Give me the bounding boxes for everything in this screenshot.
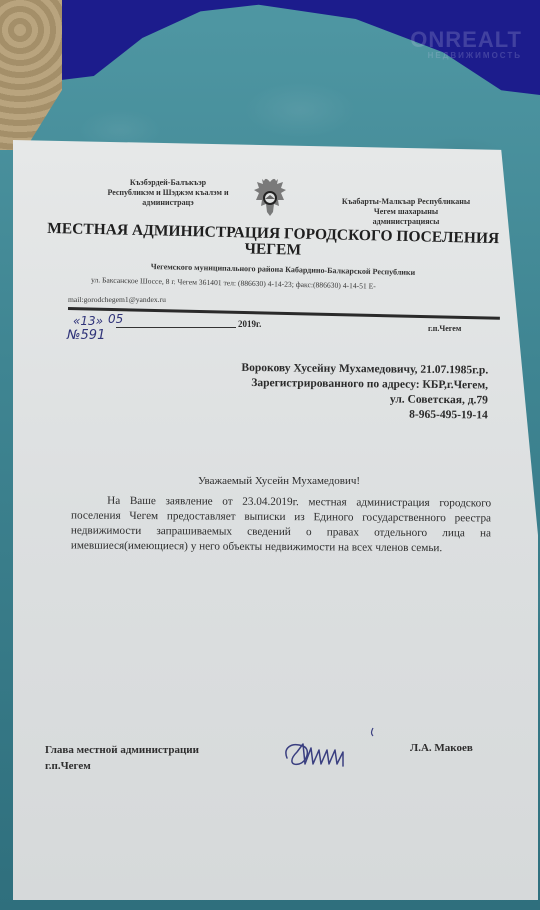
- letter-body: На Ваше заявление от 23.04.2019г. местна…: [71, 494, 491, 557]
- letterhead-left-line: Къэбэрдей-Балъкъэр: [93, 178, 243, 188]
- organization-email: mail:gorodchegem1@yandex.ru: [68, 295, 166, 304]
- handwritten-number: №591: [67, 328, 105, 343]
- watermark-title: ONREALT: [410, 27, 522, 53]
- recipient-phone: 8-965-495-19-14: [203, 406, 488, 424]
- registration-place: г.п.Чегем: [428, 324, 461, 333]
- handwritten-day: «13»: [73, 314, 103, 328]
- signatory-title: Глава местной администрации г.п.Чегем: [45, 742, 199, 774]
- watermark: ONREALT НЕДВИЖИМОСТЬ: [410, 27, 522, 60]
- salutation: Уважаемый Хусейн Мухамедович!: [198, 475, 360, 487]
- letterhead-right-line: администрациясы: [331, 217, 481, 227]
- letterhead-left-line: Республикэм и Шэджэм къалэм и: [93, 188, 243, 198]
- recipient-block: Ворокову Хусейну Мухамедовичу, 21.07.198…: [203, 361, 489, 424]
- organization-title: МЕСТНАЯ АДМИНИСТРАЦИЯ ГОРОДСКОГО ПОСЕЛЕН…: [43, 221, 504, 263]
- letterhead-right-line: Къабарты-Малкъар Республиканы: [331, 197, 481, 207]
- handwritten-signature: [281, 720, 391, 780]
- handwritten-month: 05: [108, 312, 123, 326]
- signatory-title-line: г.п.Чегем: [45, 758, 199, 774]
- coat-of-arms-eagle-icon: [253, 176, 287, 220]
- organization-address: ул. Баксанское Шоссе, 8 г. Чегем 361401 …: [91, 275, 511, 294]
- registration-year: 2019г.: [238, 319, 261, 329]
- registration-date: «13» 05 2019г. №591: [61, 314, 251, 344]
- watermark-subtitle: НЕДВИЖИМОСТЬ: [410, 51, 522, 60]
- letterhead-right: Къабарты-Малкъар Республиканы Чегем шаха…: [331, 197, 481, 227]
- date-underline: [116, 327, 236, 328]
- letterhead-left-line: администрацэ: [93, 198, 243, 208]
- letterhead-right-line: Чегем шахарыны: [331, 207, 481, 217]
- signer-name: Л.А. Макоев: [410, 742, 473, 754]
- signatory-title-line: Глава местной администрации: [45, 742, 199, 758]
- letterhead-left: Къэбэрдей-Балъкъэр Республикэм и Шэджэм …: [93, 178, 243, 208]
- recipient-name: Ворокову Хусейну Мухамедовичу, 21.07.198…: [203, 361, 488, 379]
- letter-document: Къэбэрдей-Балъкъэр Республикэм и Шэджэм …: [13, 140, 538, 900]
